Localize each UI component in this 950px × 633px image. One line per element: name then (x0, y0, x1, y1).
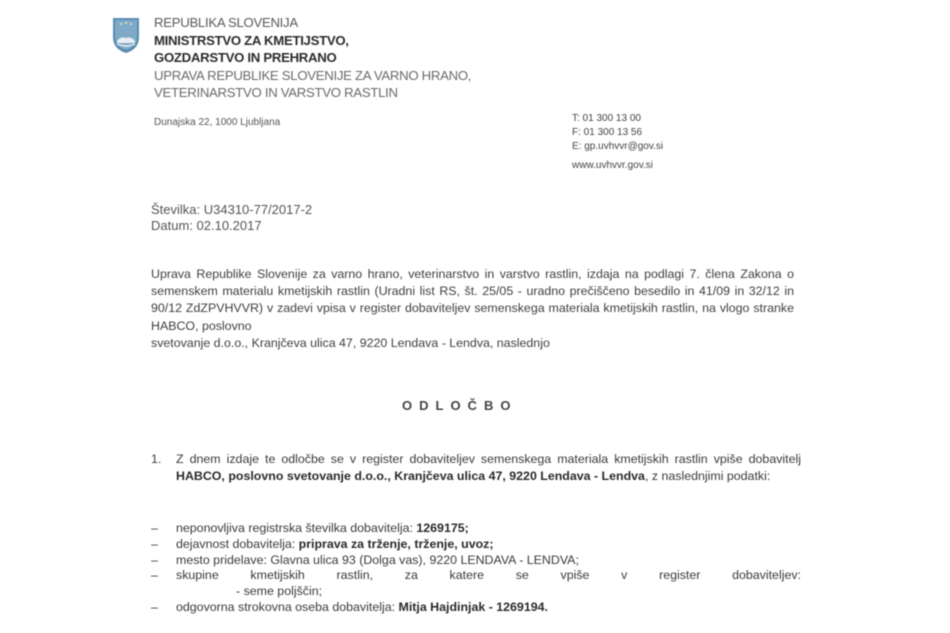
dash-bullet: – (151, 521, 158, 537)
list-item-label: neponovljiva registrska številka dobavit… (176, 521, 416, 535)
letterhead-agency-2: VETERINARSTVO IN VARSTVO RASTLIN (154, 84, 471, 102)
coat-of-arms-icon (111, 15, 141, 55)
supplier-details-list: – neponovljiva registrska številka dobav… (151, 521, 801, 616)
intro-text-last-line: svetovanje d.o.o., Kranjčeva ulica 47, 9… (151, 335, 794, 352)
production-site: mesto pridelave: Glavna ulica 93 (Dolga … (176, 553, 579, 567)
document-page: REPUBLIKA SLOVENIJA MINISTRSTVO ZA KMETI… (0, 0, 950, 633)
item-body: Z dnem izdaje te odločbe se v register d… (176, 451, 801, 485)
letterhead-ministry-2: GOZDARSTVO IN PREHRANO (154, 49, 471, 67)
reference-number: Številka: U34310-77/2017-2 (151, 202, 312, 218)
contact-block: T: 01 300 13 00 F: 01 300 13 56 E: gp.uv… (572, 112, 663, 173)
list-item: – mesto pridelave: Glavna ulica 93 (Dolg… (151, 553, 801, 569)
list-item: – neponovljiva registrska številka dobav… (151, 521, 801, 537)
office-address: Dunajska 22, 1000 Ljubljana (154, 117, 280, 128)
dash-bullet: – (151, 568, 158, 584)
letterhead: REPUBLIKA SLOVENIJA MINISTRSTVO ZA KMETI… (154, 14, 471, 102)
decision-item-1: 1. Z dnem izdaje te odločbe se v registe… (151, 451, 801, 485)
website: www.uvhvvr.gov.si (572, 159, 663, 173)
activity-value: priprava za trženje, trženje, uvoz; (299, 537, 494, 551)
item-number: 1. (151, 451, 161, 468)
intro-paragraph: Uprava Republike Slovenije za varno hran… (151, 266, 794, 352)
list-item: – odgovorna strokovna oseba dobavitelja:… (151, 600, 801, 616)
fax-number: F: 01 300 13 56 (572, 126, 663, 140)
item-text-end: , z naslednjimi podatki: (645, 469, 770, 483)
reference-block: Številka: U34310-77/2017-2 Datum: 02.10.… (151, 202, 312, 234)
plant-group-sub-item: - seme poljščin; (151, 584, 801, 600)
list-item: – skupine kmetijskih rastlin, za katere … (151, 568, 801, 584)
letterhead-agency-1: UPRAVA REPUBLIKE SLOVENIJE ZA VARNO HRAN… (154, 67, 471, 85)
list-item-end: ; (465, 521, 469, 535)
list-item-label: odgovorna strokovna oseba dobavitelja: (176, 600, 399, 614)
dash-bullet: – (151, 600, 158, 616)
list-item: – dejavnost dobavitelja: priprava za trž… (151, 537, 801, 553)
dash-bullet: – (151, 553, 158, 569)
document-date: Datum: 02.10.2017 (151, 218, 312, 234)
email-address: E: gp.uvhvvr@gov.si (572, 140, 663, 154)
company-name: HABCO, poslovno svetovanje d.o.o., Kranj… (176, 469, 645, 483)
responsible-person: Mitja Hajdinjak - 1269194. (399, 600, 548, 614)
phone-number: T: 01 300 13 00 (572, 112, 663, 126)
registration-number: 1269175 (416, 521, 464, 535)
dash-bullet: – (151, 537, 158, 553)
plant-groups-label: skupine kmetijskih rastlin, za katere se… (176, 568, 801, 582)
decision-title: ODLOČBO (402, 398, 517, 413)
letterhead-ministry-1: MINISTRSTVO ZA KMETIJSTVO, (154, 32, 471, 50)
intro-text: Uprava Republike Slovenije za varno hran… (151, 267, 794, 333)
item-text: Z dnem izdaje te odločbe se v register d… (176, 452, 801, 466)
list-item-label: dejavnost dobavitelja: (176, 537, 299, 551)
letterhead-republic: REPUBLIKA SLOVENIJA (154, 14, 471, 32)
